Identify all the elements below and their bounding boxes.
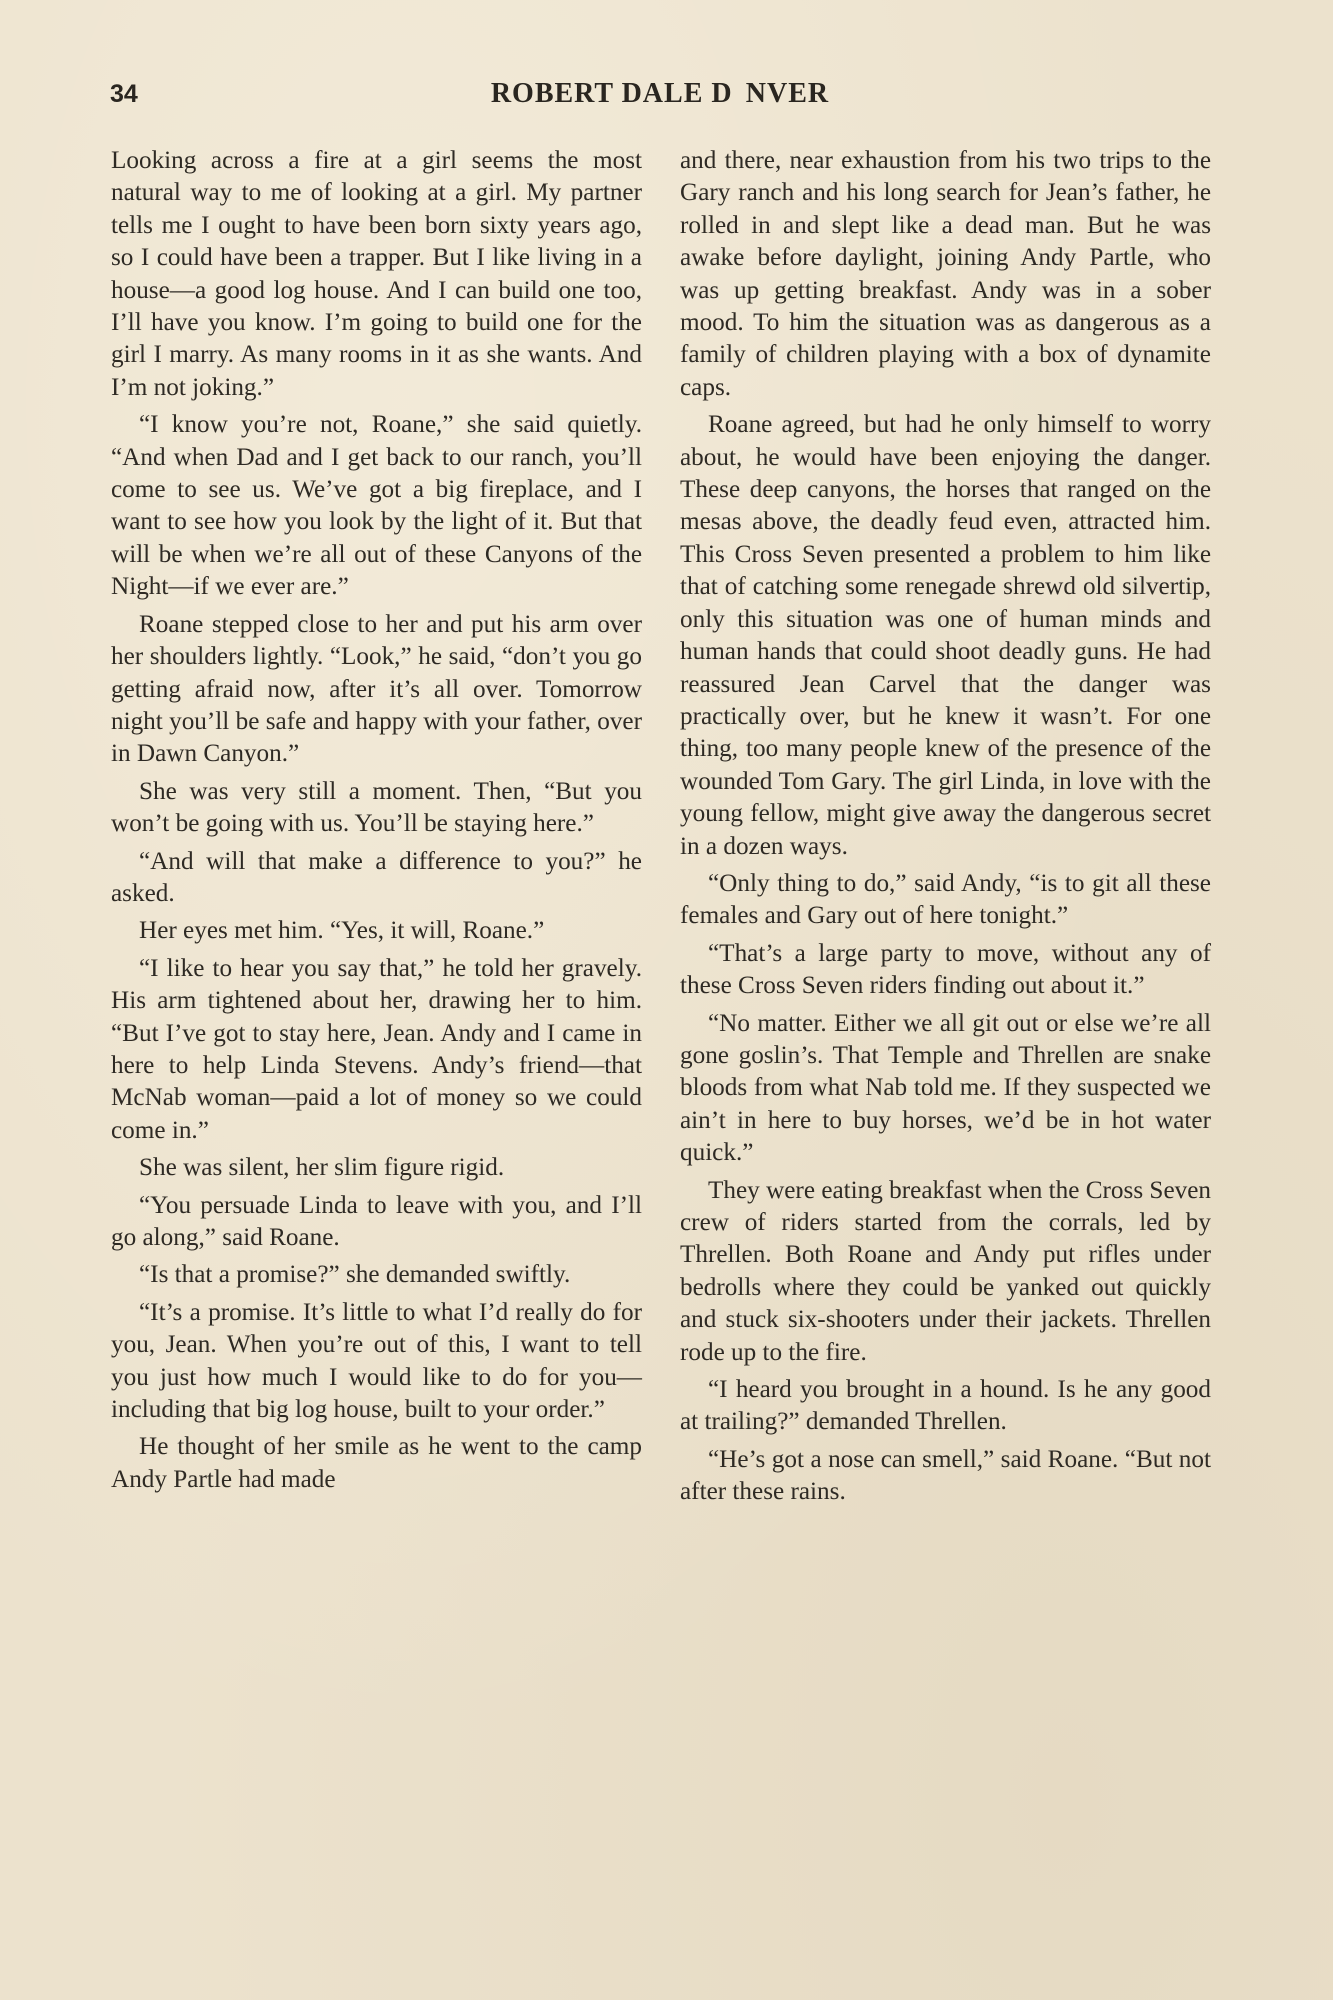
paragraph: “You persuade Linda to leave with you, a…	[111, 1190, 642, 1255]
paragraph: and there, near exhaustion from his two …	[680, 145, 1211, 404]
paragraph: They were eating breakfast when the Cros…	[680, 1175, 1211, 1369]
paragraph: Her eyes met him. “Yes, it will, Roane.”	[111, 915, 642, 947]
paragraph: “That’s a large party to move, with­out …	[680, 938, 1211, 1003]
paragraph: “I heard you brought in a hound. Is he a…	[680, 1374, 1211, 1439]
left-column: Looking across a fire at a girl seems th…	[111, 145, 642, 1501]
paragraph: Roane stepped close to her and put his a…	[111, 609, 642, 771]
paragraph: “I like to hear you say that,” he told h…	[111, 953, 642, 1147]
paragraph: “I know you’re not, Roane,” she said qui…	[111, 409, 642, 603]
paragraph: “No matter. Either we all git out or els…	[680, 1008, 1211, 1170]
book-title-header: ROBERT DALE D NVER	[110, 78, 1210, 110]
paragraph: “Only thing to do,” said Andy, “is to gi…	[680, 868, 1211, 933]
book-page: 34 ROBERT DALE D NVER Looking across a f…	[0, 0, 1333, 2000]
text-columns: Looking across a fire at a girl seems th…	[111, 145, 1211, 1905]
paragraph: Looking across a fire at a girl seems th…	[111, 145, 642, 404]
right-column: and there, near exhaustion from his two …	[680, 145, 1211, 1514]
paragraph: He thought of her smile as he went to th…	[111, 1431, 642, 1496]
paragraph: “He’s got a nose can smell,” said Roane.…	[680, 1444, 1211, 1509]
paragraph: “It’s a promise. It’s little to what I’d…	[111, 1297, 642, 1427]
paragraph: “Is that a promise?” she demanded swiftl…	[111, 1259, 642, 1291]
paragraph: She was very still a moment. Then, “But …	[111, 776, 642, 841]
paragraph: “And will that make a difference to you?…	[111, 846, 642, 911]
running-head: 34 ROBERT DALE D NVER	[110, 78, 1210, 114]
paragraph: Roane agreed, but had he only him­self t…	[680, 409, 1211, 863]
paragraph: She was silent, her slim figure rigid.	[111, 1152, 642, 1184]
